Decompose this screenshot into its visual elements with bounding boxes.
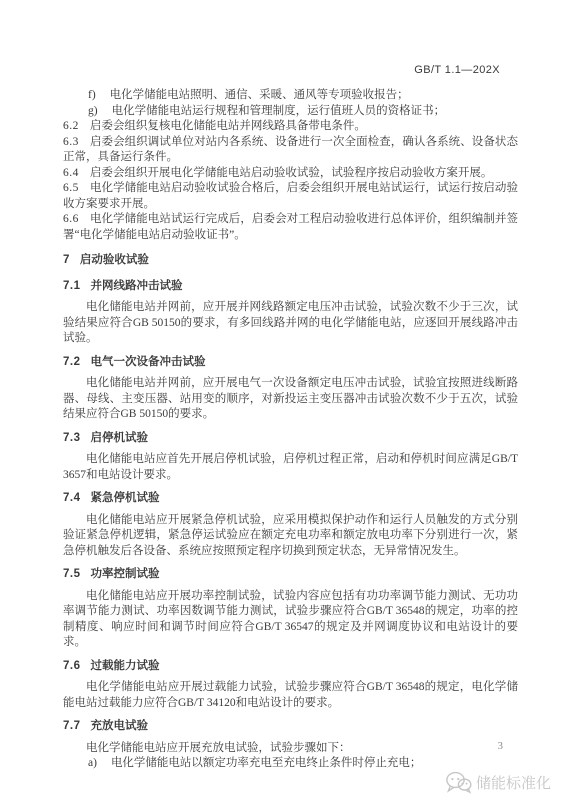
clause-number: 6.6 <box>63 213 79 225</box>
clause-6-6: 6.6电化学储能电站试运行完成后，启委会对工程启动验收进行总体评价，组织编制并签… <box>63 212 518 243</box>
clause-6-5: 6.5电化学储能电站启动验收试验合格后，启委会组织开展电站试运行，试运行按启动验… <box>63 181 518 212</box>
paragraph-7-3: 电化储能电站应首先开展启停机试验，启停机过程正常，启动和停机时间应满足GB/T … <box>63 452 518 483</box>
heading-7-1: 7.1并网线路冲击试验 <box>63 279 518 295</box>
list-item-label: g) <box>88 105 98 117</box>
clause-text: 启委会组织复核电化储能电站并网线路具备带电条件。 <box>90 120 366 132</box>
subsection-number: 7.6 <box>63 660 81 672</box>
list-item-f: f)电化学储能电站照明、通信、采暖、通风等专项验收报告； <box>63 88 518 104</box>
clause-text: 启委会组织调试单位对站内各系统、设备进行一次全面检查，确认各系统、设备状态正常，… <box>63 136 518 164</box>
subsection-number: 7.4 <box>63 492 81 504</box>
document-page: GB/T 1.1—202X f)电化学储能电站照明、通信、采暖、通风等专项验收报… <box>0 0 565 800</box>
paragraph-7-2: 电化储能电站并网前，应开展电气一次设备额定电压冲击试验，试验宜按照进线断路器、母… <box>63 376 518 423</box>
subsection-title: 启停机试验 <box>91 432 149 444</box>
heading-7-3: 7.3启停机试验 <box>63 431 518 447</box>
subsection-number: 7.1 <box>63 280 81 292</box>
section-title: 启动验收试验 <box>80 254 149 266</box>
clause-6-4: 6.4启委会组织开展电化学储能电站启动验收试验，试验程序按启动验收方案开展。 <box>63 166 518 182</box>
subsection-title: 并网线路冲击试验 <box>91 280 183 292</box>
clause-text: 启委会组织开展电化学储能电站启动验收试验，试验程序按启动验收方案开展。 <box>90 167 493 179</box>
paragraph-7-4: 电化储能电站应开展紧急停机试验，应采用模拟保护动作和运行人员触发的方式分别验证紧… <box>63 513 518 560</box>
paragraph-7-7: 电化学储能电站应开展充放电试验，试验步骤如下： <box>63 741 518 757</box>
heading-7-7: 7.7充放电试验 <box>63 719 518 735</box>
clause-number: 6.2 <box>63 120 79 132</box>
heading-7-2: 7.2电气一次设备冲击试验 <box>63 355 518 371</box>
watermark-text: 储能标准化 <box>476 772 551 793</box>
wechat-icon <box>445 771 472 794</box>
clause-6-3: 6.3启委会组织调试单位对站内各系统、设备进行一次全面检查，确认各系统、设备状态… <box>63 135 518 166</box>
subsection-title: 充放电试验 <box>91 720 149 732</box>
clause-number: 6.5 <box>63 182 79 194</box>
section-7-heading: 7启动验收试验 <box>63 253 518 269</box>
standard-ref: GB/T 1.1—202X <box>414 64 500 76</box>
page-number: 3 <box>498 740 504 752</box>
paragraph-7-1: 电化储能电站并网前，应开展并网线路额定电压冲击试验，试验次数不少于三次，试验结果… <box>63 300 518 347</box>
page-header: GB/T 1.1—202X <box>63 64 518 76</box>
list-item-text: 电化学储能电站以额定功率充电至充电终止条件时停止充电； <box>111 757 422 769</box>
clause-text: 电化学储能电站试运行完成后，启委会对工程启动验收进行总体评价，组织编制并签署“电… <box>63 213 518 241</box>
list-item-text: 电化学储能电站照明、通信、采暖、通风等专项验收报告； <box>110 89 409 101</box>
clause-text: 电化学储能电站启动验收试验合格后，启委会组织开展电站试运行，试运行按启动验收方案… <box>63 182 518 210</box>
subsection-number: 7.3 <box>63 432 81 444</box>
list-item-label: a) <box>88 757 97 769</box>
list-item-g: g)电化学储能电站运行规程和管理制度，运行值班人员的资格证书； <box>63 104 518 120</box>
subsection-title: 紧急停机试验 <box>91 492 160 504</box>
heading-7-6: 7.6过载能力试验 <box>63 659 518 675</box>
subsection-title: 功率控制试验 <box>91 568 160 580</box>
subsection-number: 7.7 <box>63 720 81 732</box>
list-item-a: a)电化学储能电站以额定功率充电至充电终止条件时停止充电； <box>63 756 518 772</box>
subsection-number: 7.5 <box>63 568 81 580</box>
paragraph-7-6: 电化学储能电站应开展过载能力试验，试验步骤应符合GB/T 36548的规定，电化… <box>63 680 518 711</box>
clause-6-2: 6.2启委会组织复核电化储能电站并网线路具备带电条件。 <box>63 119 518 135</box>
list-item-text: 电化学储能电站运行规程和管理制度，运行值班人员的资格证书； <box>112 105 446 117</box>
paragraph-7-5: 电化储能电站应开展功率控制试验，试验内容应包括有功功率调节能力测试、无功功率调节… <box>63 589 518 651</box>
subsection-title: 电气一次设备冲击试验 <box>91 356 206 368</box>
clause-number: 6.3 <box>63 136 79 148</box>
section-number: 7 <box>63 254 70 266</box>
clause-number: 6.4 <box>63 167 79 179</box>
heading-7-5: 7.5功率控制试验 <box>63 567 518 583</box>
heading-7-4: 7.4紧急停机试验 <box>63 491 518 507</box>
watermark: 储能标准化 <box>445 771 551 794</box>
subsection-number: 7.2 <box>63 356 81 368</box>
subsection-title: 过载能力试验 <box>91 660 160 672</box>
list-item-label: f) <box>88 89 96 101</box>
